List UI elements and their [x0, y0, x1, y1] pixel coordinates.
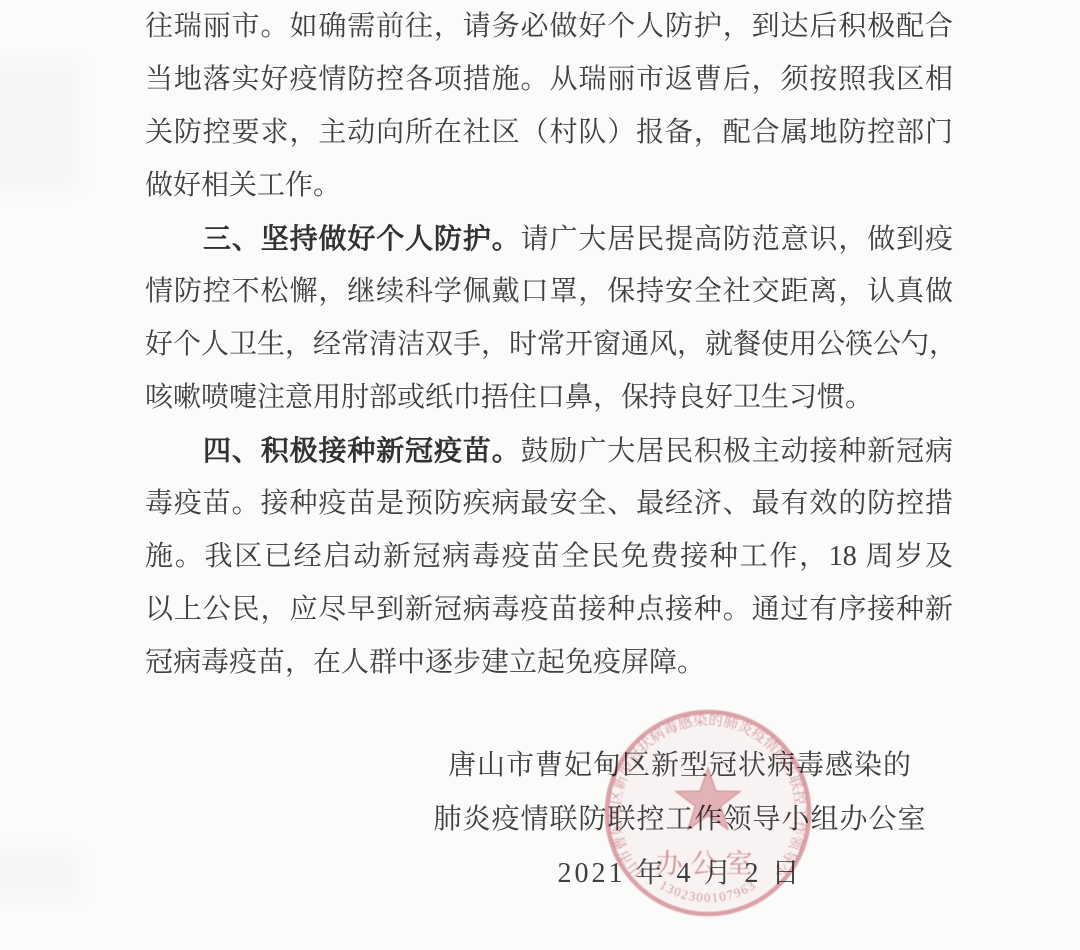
body-line: 咳嗽喷嚏注意用肘部或纸巾捂住口鼻，保持良好卫生习惯。	[145, 371, 953, 424]
body-line: 当地落实好疫情防控各项措施。从瑞丽市返曹后，须按照我区相	[145, 53, 953, 106]
body-line-text: 鼓励广大居民积极主动接种新冠病	[521, 436, 953, 467]
body-line: 关防控要求，主动向所在社区（村队）报备，配合属地防控部门	[145, 106, 953, 159]
body-line: 三、坚持做好个人防护。请广大居民提高防范意识，做到疫	[145, 212, 953, 265]
body-line: 四、积极接种新冠疫苗。鼓励广大居民积极主动接种新冠病	[145, 424, 953, 477]
seal-office-text: 办公室	[656, 849, 761, 879]
body-line: 好个人卫生，经常清洁双手，时常开窗通风，就餐使用公筷公勺，	[145, 318, 953, 371]
body-line: 冠病毒疫苗，在人群中逐步建立起免疫屏障。	[145, 636, 953, 689]
official-seal: 唐山市曹妃甸区新型冠状病毒感染的肺炎疫情联防联控工作领导小组 办公室 13023…	[595, 700, 821, 926]
scan-smudge	[0, 850, 80, 900]
scan-smudge	[0, 60, 80, 190]
body-line: 做好相关工作。	[145, 159, 953, 212]
body-line: 毒疫苗。接种疫苗是预防疾病最安全、最经济、最有效的防控措	[145, 477, 953, 530]
body-line: 情防控不松懈，继续科学佩戴口罩，保持安全社交距离，认真做	[145, 265, 953, 318]
section-3-heading: 三、坚持做好个人防护。	[203, 223, 521, 254]
section-4-heading: 四、积极接种新冠疫苗。	[203, 435, 521, 466]
body-line-text: 请广大居民提高防范意识，做到疫	[521, 224, 953, 255]
document-page: 往瑞丽市。如确需前往，请务必做好个人防护，到达后积极配合 当地落实好疫情防控各项…	[0, 0, 1080, 950]
body-line: 施。我区已经启动新冠病毒疫苗全民免费接种工作，18 周岁及	[145, 530, 953, 583]
body-line: 以上公民，应尽早到新冠病毒疫苗接种点接种。通过有序接种新	[145, 583, 953, 636]
document-body: 往瑞丽市。如确需前往，请务必做好个人防护，到达后积极配合 当地落实好疫情防控各项…	[145, 0, 953, 689]
body-line: 往瑞丽市。如确需前往，请务必做好个人防护，到达后积极配合	[145, 0, 953, 53]
